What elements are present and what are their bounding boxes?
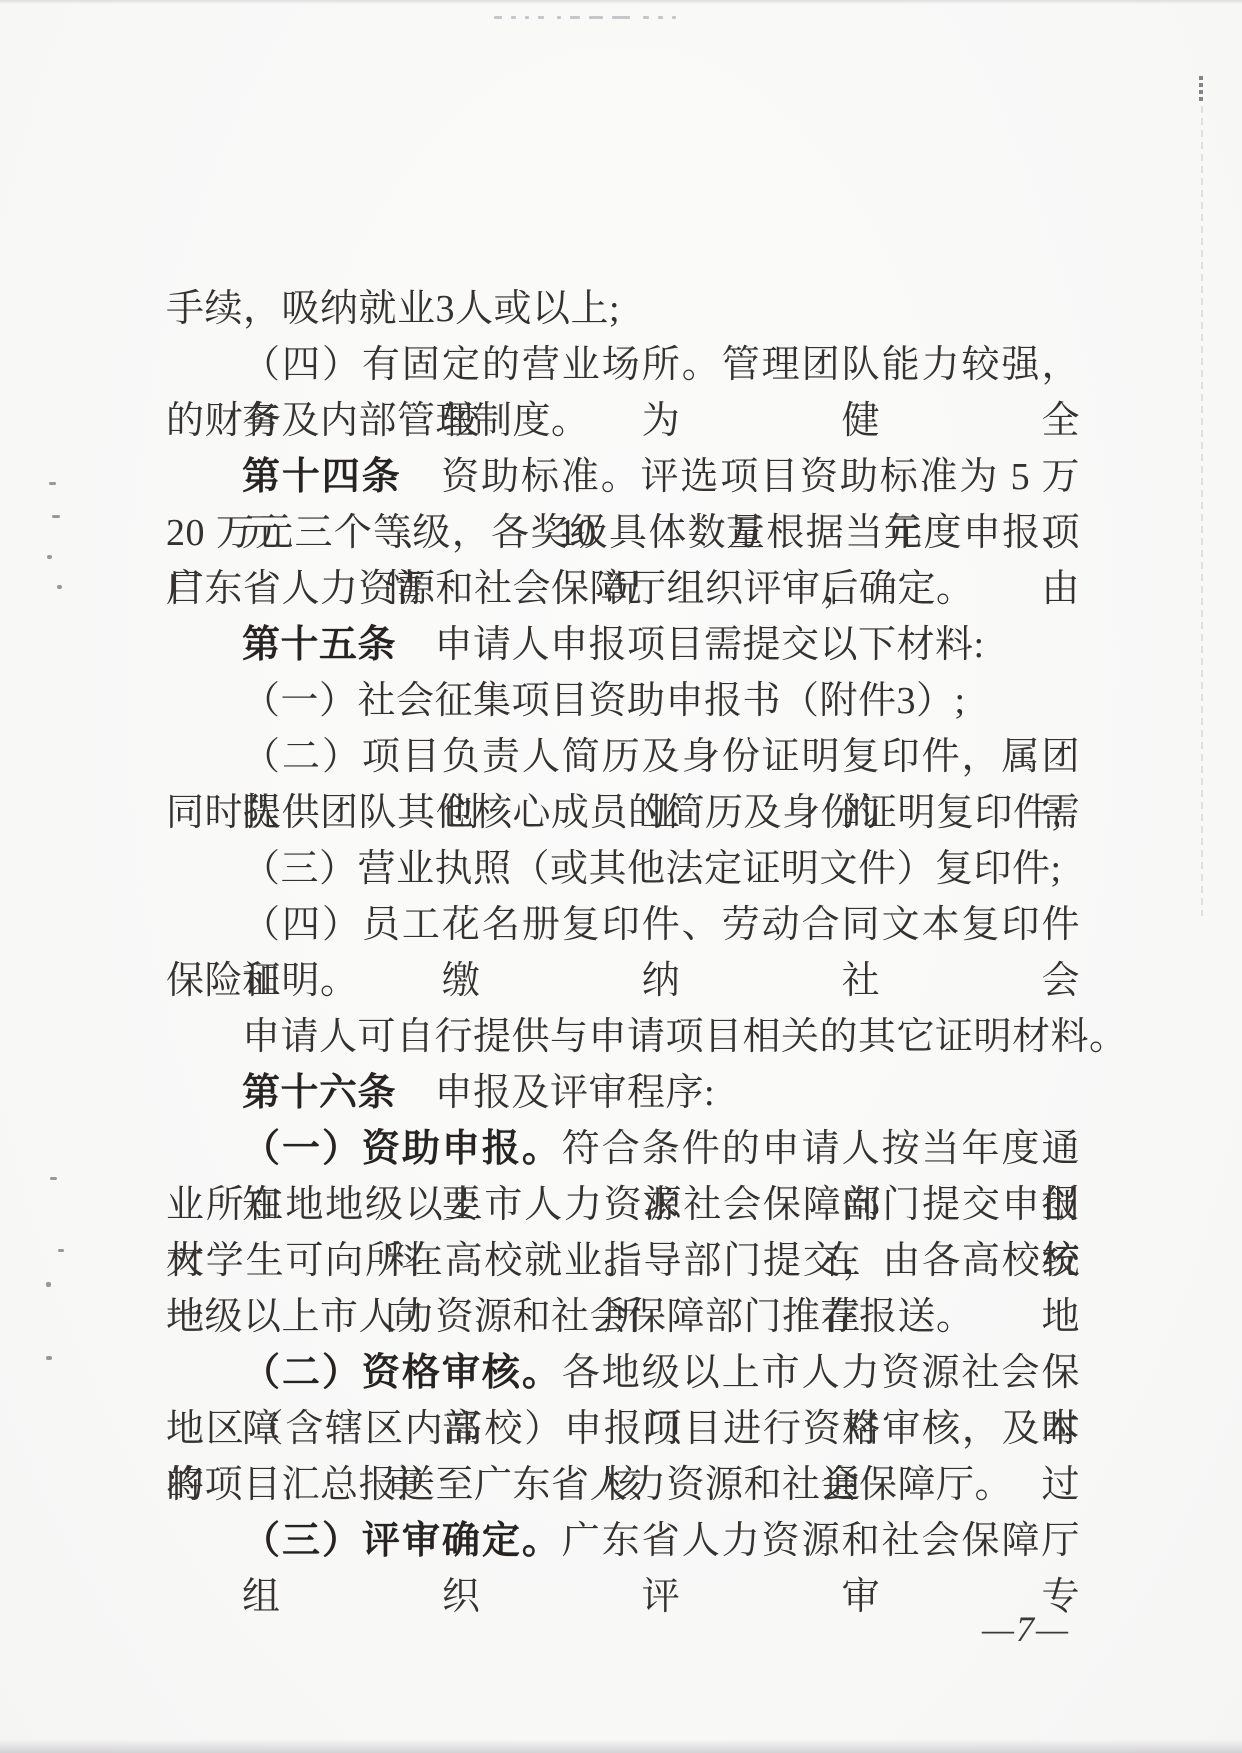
scan-speck <box>52 515 60 518</box>
line-text: 申请人可自行提供与申请项目相关的其它证明材料。 <box>242 1016 1128 1058</box>
scan-edge-top <box>0 0 1242 4</box>
item-heading: （三）评审确定。 <box>242 1520 562 1562</box>
scan-speck <box>49 482 56 485</box>
line-text: 保险证明。 <box>166 960 359 1002</box>
text-line: 业所在地地级以上市人力资源社会保障部门提交申报材料。在校 <box>166 1177 1080 1233</box>
line-text: 申报及评审程序: <box>435 1072 716 1114</box>
text-line: 的项目汇总报送至广东省人力资源和社会保障厅。 <box>166 1457 1080 1513</box>
text-line: （三）营业执照（或其他法定证明文件）复印件; <box>166 841 1080 897</box>
article-heading: 第十六条 <box>242 1072 435 1114</box>
text-line: 地区（含辖区内高校）申报项目进行资格审核，及时将审核通过 <box>166 1401 1080 1457</box>
scan-artifact-right-dash <box>1199 76 1203 102</box>
page-number: —7— <box>966 1608 1086 1650</box>
line-text: 申请人申报项目需提交以下材料: <box>435 624 985 666</box>
article-heading: 第十五条 <box>242 624 435 666</box>
text-line: （二）项目负责人简历及身份证明复印件，属团队创业的需 <box>166 729 1080 785</box>
line-text: 手续，吸纳就业3人或以上; <box>166 288 620 330</box>
scan-edge-bottom <box>0 1739 1242 1753</box>
text-line: 申请人可自行提供与申请项目相关的其它证明材料。 <box>166 1009 1080 1065</box>
text-line: 广东省人力资源和社会保障厅组织评审后确定。 <box>166 561 1080 617</box>
text-line: 20 万元三个等级，各奖级具体数量根据当年度申报项目情况，由 <box>166 505 1080 561</box>
scan-noise-top <box>494 16 784 24</box>
line-text: 的财务及内部管理制度。 <box>166 400 590 442</box>
text-line: 第十六条 申报及评审程序: <box>166 1065 1080 1121</box>
line-text: 同时提供团队其他核心成员的简历及身份证明复印件; <box>166 792 1063 834</box>
scan-speck <box>58 1249 64 1252</box>
item-heading: （一）资助申报。 <box>242 1128 562 1170</box>
text-line: （三）评审确定。广东省人力资源和社会保障厅组织评审专 <box>166 1513 1080 1569</box>
line-text: 的项目汇总报送至广东省人力资源和社会保障厅。 <box>166 1464 1013 1506</box>
scan-artifact-right-line <box>1201 106 1203 916</box>
item-heading: （二）资格审核。 <box>242 1352 562 1394</box>
text-line: 手续，吸纳就业3人或以上; <box>166 281 1080 337</box>
article-heading: 第十四条 <box>242 456 441 498</box>
document-page: 手续，吸纳就业3人或以上; （四）有固定的营业场所。管理团队能力较强，有较为健全… <box>0 0 1242 1753</box>
text-line: （一）社会征集项目资助申报书（附件3）; <box>166 673 1080 729</box>
text-line: （一）资助申报。符合条件的申请人按当年度通知要求向创 <box>166 1121 1080 1177</box>
line-text: （四）员工花名册复印件、劳动合同文本复印件和缴纳社会 <box>242 904 1080 1002</box>
scan-speck <box>50 1177 57 1180</box>
scan-speck <box>47 555 52 559</box>
text-line: （四）有固定的营业场所。管理团队能力较强，有较为健全 <box>166 337 1080 393</box>
body-text: 手续，吸纳就业3人或以上; （四）有固定的营业场所。管理团队能力较强，有较为健全… <box>166 281 1080 1569</box>
text-line: （二）资格审核。各地级以上市人力资源社会保障部门对本 <box>166 1345 1080 1401</box>
scan-speck <box>46 1282 51 1287</box>
line-text: （一）社会征集项目资助申报书（附件3）; <box>242 680 966 722</box>
line-text: 广东省人力资源和社会保障厅组织评审后确定。 <box>166 568 975 610</box>
text-line: 同时提供团队其他核心成员的简历及身份证明复印件; <box>166 785 1080 841</box>
text-line: 第十四条 资助标准。评选项目资助标准为 5 万元、10 万元、 <box>166 449 1080 505</box>
text-line: 地级以上市人力资源和社会保障部门推荐报送。 <box>166 1289 1080 1345</box>
scan-speck <box>57 585 62 589</box>
scan-speck <box>46 1356 52 1360</box>
line-text: （三）营业执照（或其他法定证明文件）复印件; <box>242 848 1062 890</box>
text-line: 大学生可向所在高校就业指导部门提交，由各高校统一向所在地 <box>166 1233 1080 1289</box>
text-line: 第十五条 申请人申报项目需提交以下材料: <box>166 617 1080 673</box>
text-line: （四）员工花名册复印件、劳动合同文本复印件和缴纳社会 <box>166 897 1080 953</box>
line-text: 地级以上市人力资源和社会保障部门推荐报送。 <box>166 1296 975 1338</box>
